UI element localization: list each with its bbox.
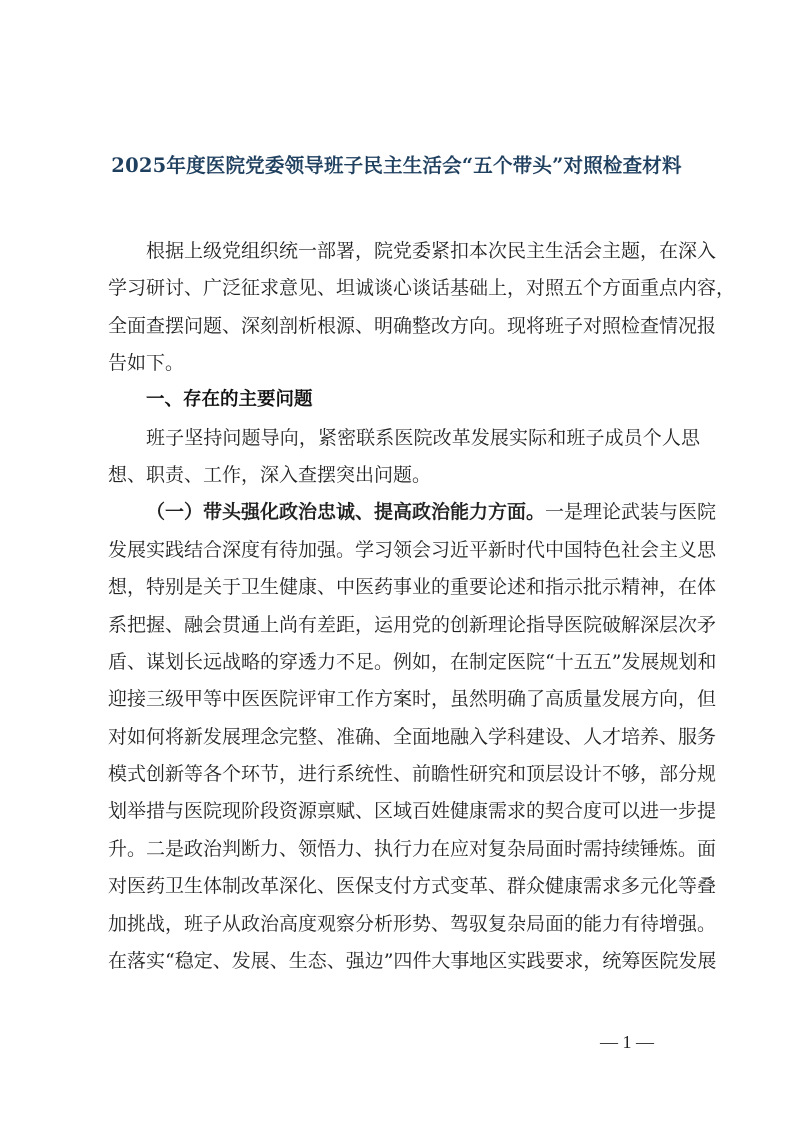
document-title: 2025年度医院党委领导班子民主生活会“五个带头”对照检查材料 xyxy=(0,150,793,178)
body-line: 盾、谋划长远战略的穿透力不足。例如，在制定医院“十五五”发展规划和 xyxy=(108,647,700,677)
intro-line: 学习研讨、广泛征求意见、坦诚谈心谈话基础上，对照五个方面重点内容， xyxy=(108,273,700,303)
section-intro-line: 想、职责、工作，深入查摆突出问题。 xyxy=(108,460,700,490)
body-line: 模式创新等各个环节，进行系统性、前瞻性研究和顶层设计不够，部分规 xyxy=(108,759,700,789)
intro-line: 告如下。 xyxy=(108,348,700,378)
body-line: 对医药卫生体制改革深化、医保支付方式变革、群众健康需求多元化等叠 xyxy=(108,871,700,901)
intro-line: 全面查摆问题、深刻剖析根源、明确整改方向。现将班子对照检查情况报 xyxy=(108,311,700,341)
body-line: 发展实践结合深度有待加强。学习领会习近平新时代中国特色社会主义思 xyxy=(108,535,700,565)
section-intro-line: 班子坚持问题导向，紧密联系医院改革发展实际和班子成员个人思 xyxy=(146,423,700,453)
body-line: 迎接三级甲等中医医院评审工作方案时，虽然明确了高质量发展方向，但 xyxy=(108,684,700,714)
body-line: 升。二是政治判断力、领悟力、执行力在应对复杂局面时需持续锤炼。面 xyxy=(108,834,700,864)
body-line: 划举措与医院现阶段资源禀赋、区域百姓健康需求的契合度可以进一步提 xyxy=(108,796,700,826)
body-line: 在落实“稳定、发展、生态、强边”四件大事地区实践要求，统筹医院发展 xyxy=(108,946,700,976)
subsection-heading: （一）带头强化政治忠诚、提高政治能力方面。 xyxy=(146,501,545,523)
subsection-first-line-rest: 一是理论武装与医院 xyxy=(545,501,716,523)
body-line: 想，特别是关于卫生健康、中医药事业的重要论述和指示批示精神，在体 xyxy=(108,572,700,602)
intro-line: 根据上级党组织统一部署，院党委紧扣本次民主生活会主题，在深入 xyxy=(146,236,700,266)
body-line: 系把握、融会贯通上尚有差距，运用党的创新理论指导医院破解深层次矛 xyxy=(108,610,700,640)
page-number: — 1 — xyxy=(600,1030,654,1054)
subsection-first-line: （一）带头强化政治忠诚、提高政治能力方面。一是理论武装与医院 xyxy=(146,497,700,527)
body-line: 对如何将新发展理念完整、准确、全面地融入学科建设、人才培养、服务 xyxy=(108,722,700,752)
section-heading: 一、存在的主要问题 xyxy=(146,385,313,415)
document-page: 2025年度医院党委领导班子民主生活会“五个带头”对照检查材料 根据上级党组织统… xyxy=(0,0,793,1122)
body-line: 加挑战，班子从政治高度观察分析形势、驾驭复杂局面的能力有待增强。 xyxy=(108,909,700,939)
